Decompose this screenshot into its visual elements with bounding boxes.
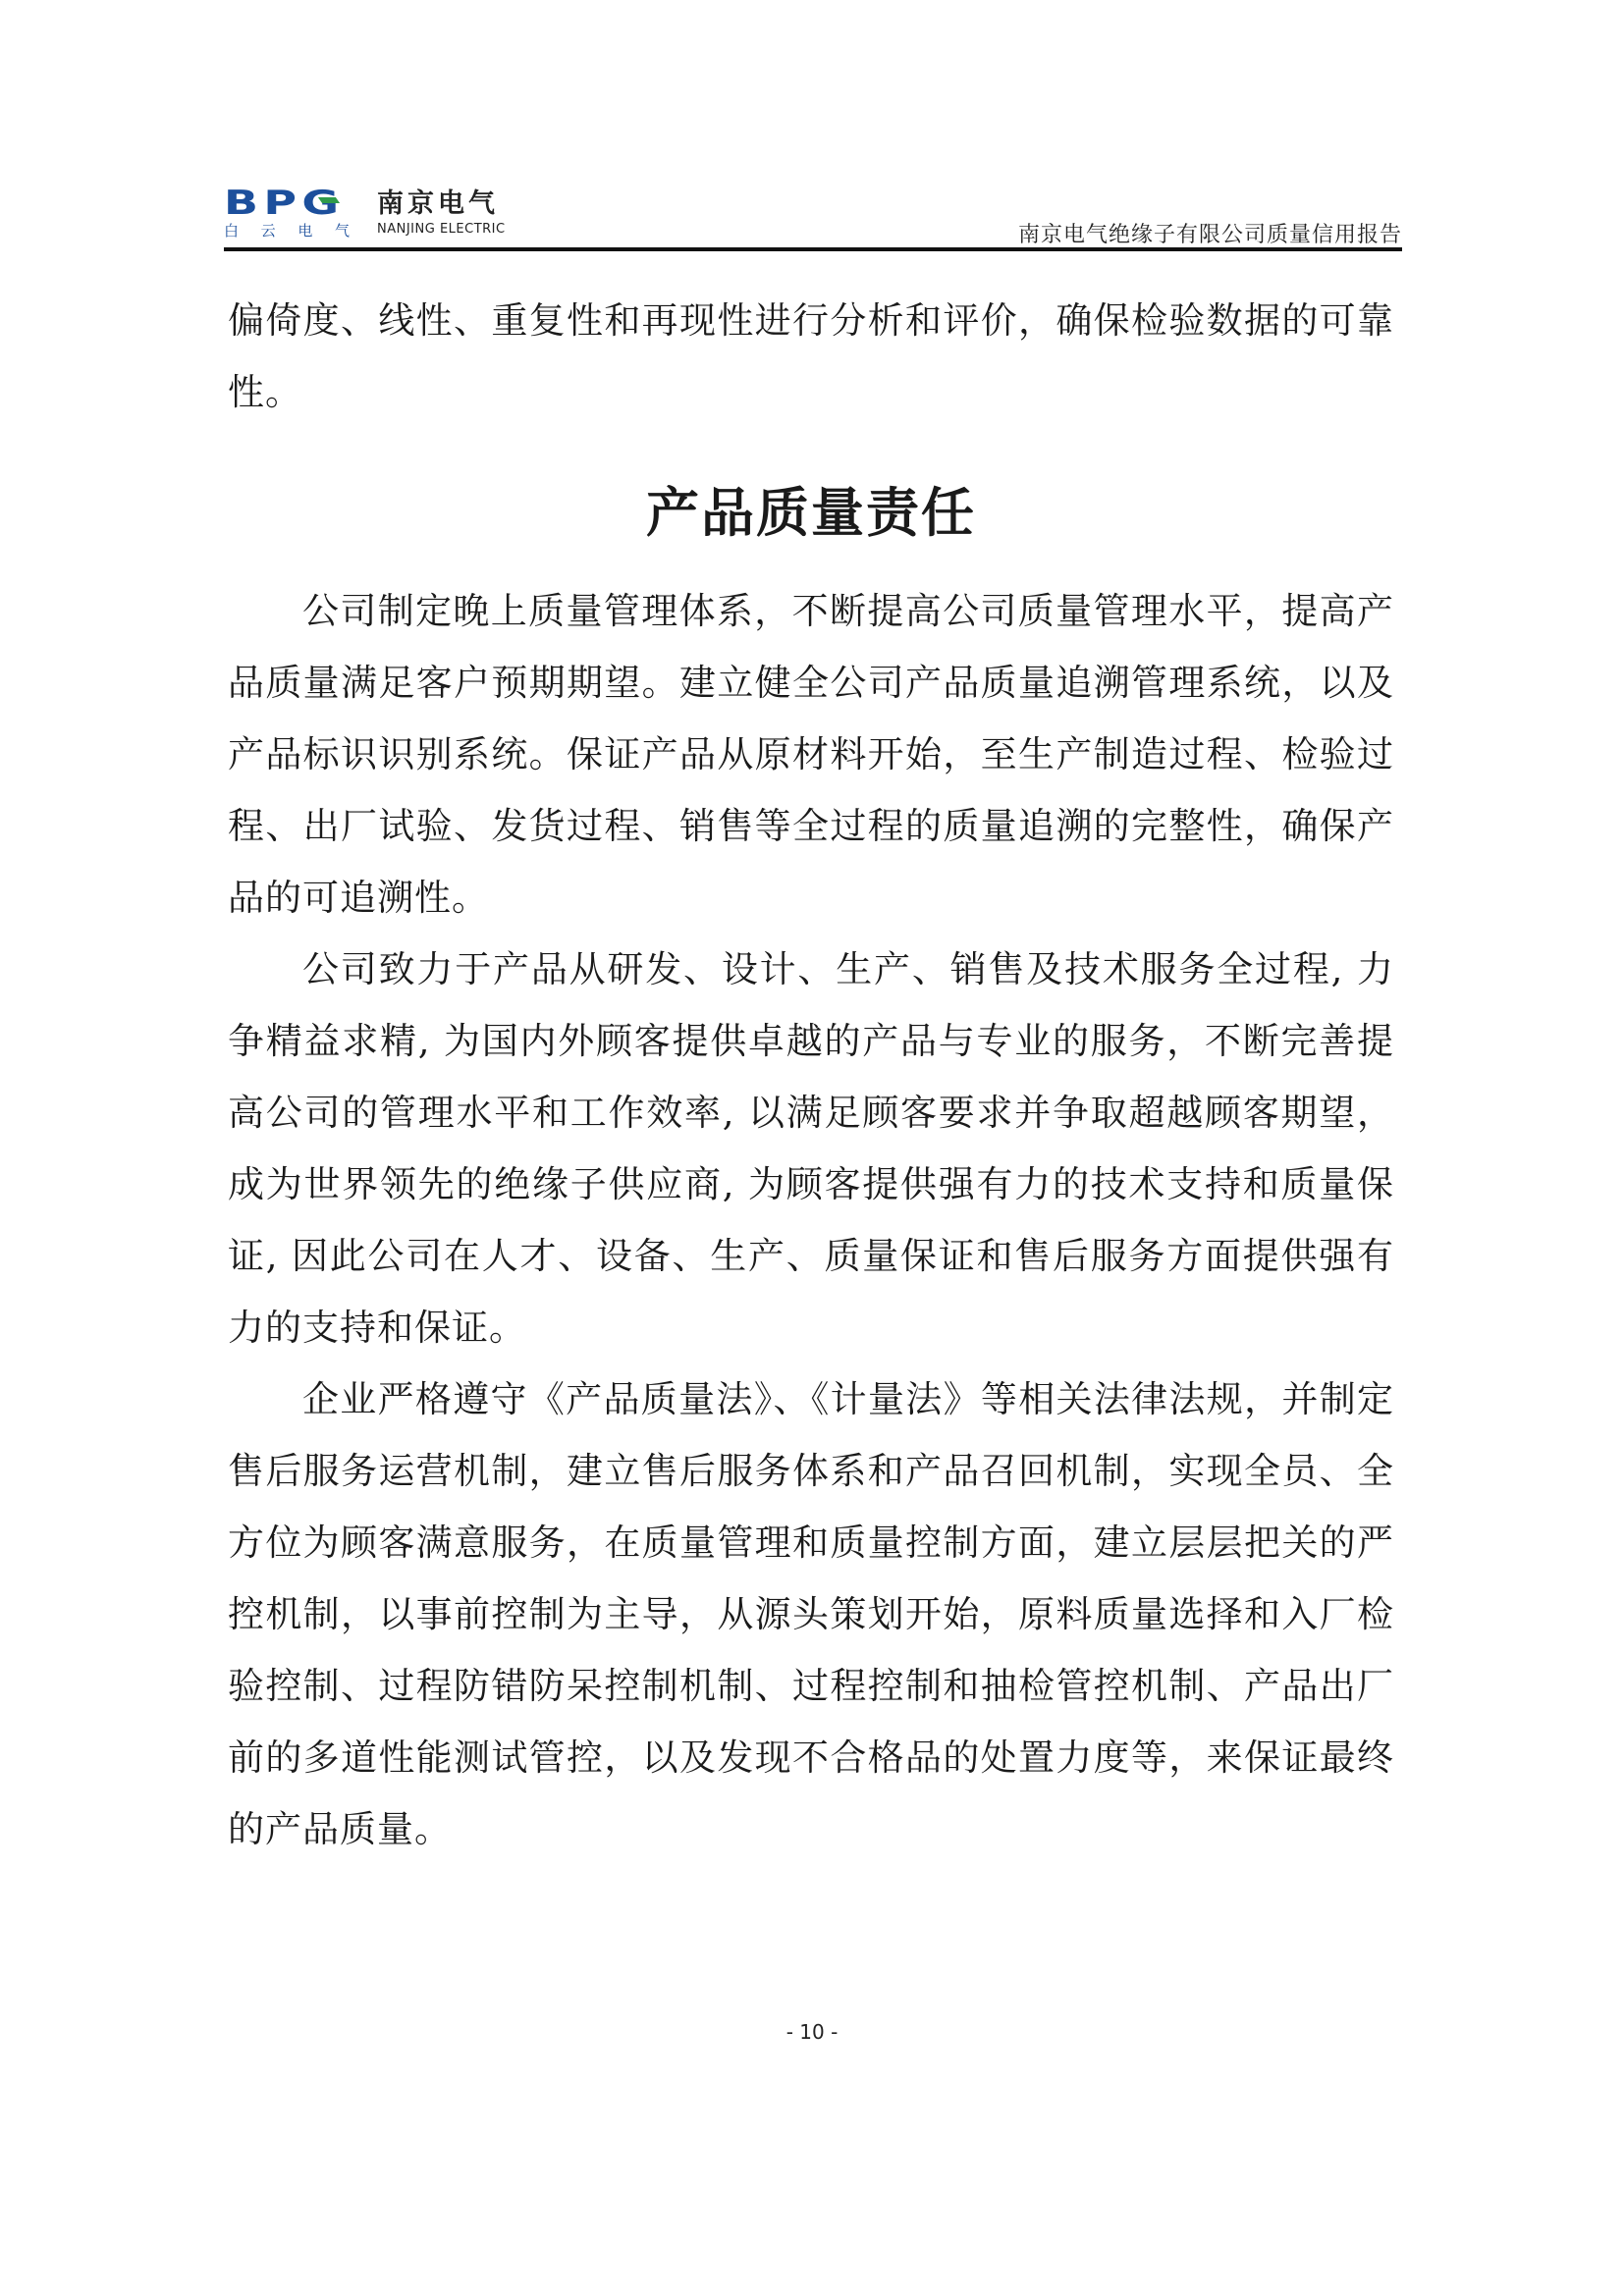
bpg-logo-mark: BPG 白 云 电 气 (224, 188, 350, 240)
logo-subtitle: 白 云 电 气 (224, 220, 350, 240)
page-content: 偏倚度、线性、重复性和再现性进行分析和评价，确保检验数据的可靠性。 产品质量责任… (228, 285, 1394, 1865)
bpg-logo-letters: BPG (224, 188, 394, 218)
company-logo: BPG 白 云 电 气 南京电气 NANJING ELECTRIC (224, 188, 506, 243)
logo-sub-char: 气 (335, 220, 350, 240)
body-paragraph: 企业严格遵守《产品质量法》、《计量法》等相关法律法规，并制定售后服务运营机制，建… (228, 1363, 1394, 1865)
page-number: - 10 - (0, 2020, 1624, 2044)
report-title: 南京电气绝缘子有限公司质量信用报告 (1018, 218, 1402, 248)
logo-sub-char: 云 (261, 220, 276, 240)
header-divider (224, 247, 1402, 251)
logo-green-accent-icon (318, 197, 340, 203)
brand-name: 南京电气 NANJING ELECTRIC (377, 188, 506, 237)
brand-name-en: NANJING ELECTRIC (377, 222, 506, 237)
logo-sub-char: 电 (298, 220, 312, 240)
section-title: 产品质量责任 (228, 479, 1394, 548)
page-header: BPG 白 云 电 气 南京电气 NANJING ELECTRIC 南京电气绝缘… (224, 188, 1402, 251)
body-paragraph: 公司制定晚上质量管理体系，不断提高公司质量管理水平，提高产品质量满足客户预期期望… (228, 575, 1394, 934)
body-paragraph: 公司致力于产品从研发、设计、生产、销售及技术服务全过程, 力争精益求精, 为国内… (228, 934, 1394, 1363)
continued-paragraph: 偏倚度、线性、重复性和再现性进行分析和评价，确保检验数据的可靠性。 (228, 285, 1394, 428)
logo-sub-char: 白 (224, 220, 239, 240)
brand-name-cn: 南京电气 (377, 188, 506, 220)
